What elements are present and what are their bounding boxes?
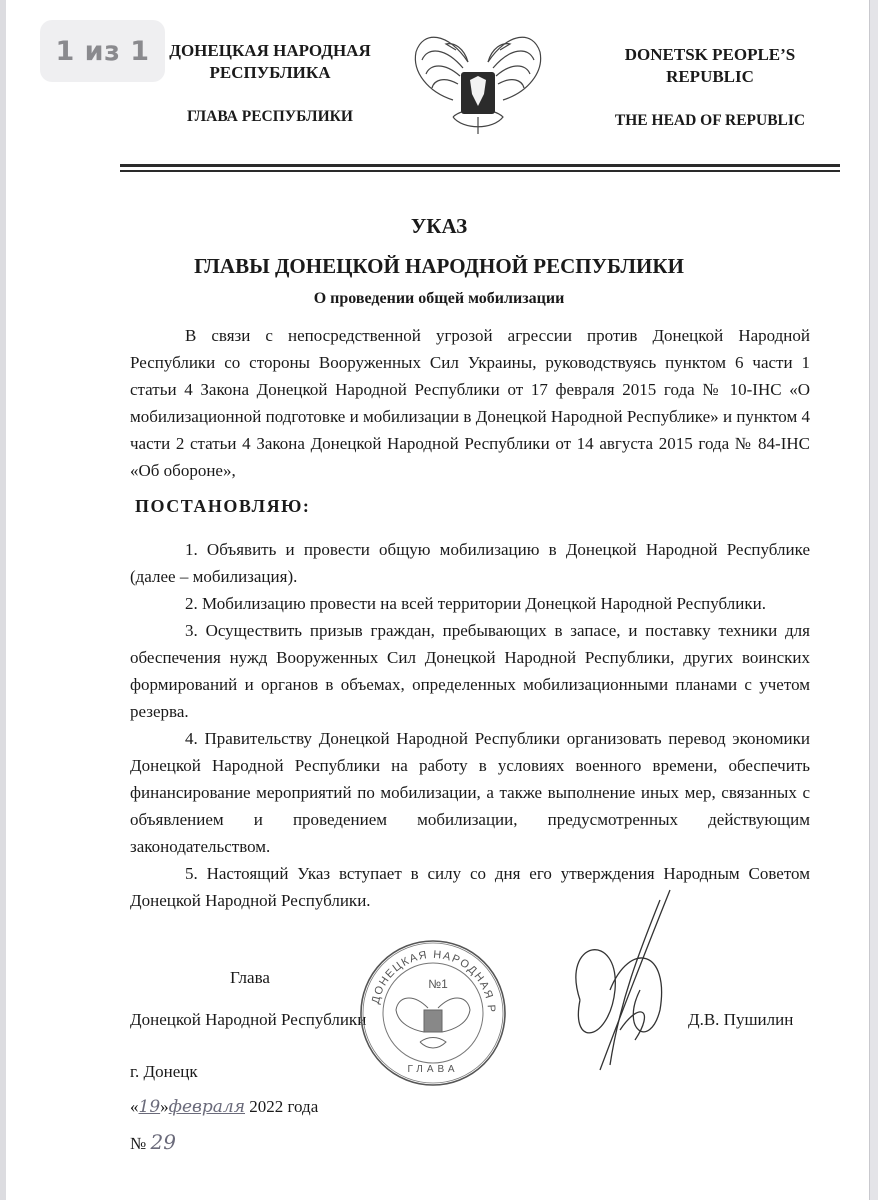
header-double-rule [120, 164, 840, 172]
date-day-handwritten: 19 [139, 1097, 161, 1117]
header-right-block: DONETSK PEOPLE’S REPUBLIC THE HEAD OF RE… [590, 44, 830, 132]
date-open-quote: « [130, 1097, 139, 1116]
decree-word: ПОСТАНОВЛЯЮ: [135, 496, 310, 517]
decree-item-3: 3. Осуществить призыв граждан, пребывающ… [130, 617, 810, 725]
signer-position-line2: Донецкой Народной Республики [130, 1010, 366, 1030]
preamble-section: В связи с непосредственной угрозой агрес… [130, 322, 810, 484]
header-left-title-line2: РЕСПУБЛИКА [140, 62, 400, 84]
svg-text:ДОНЕЦКАЯ НАРОДНАЯ РЕСПУБЛИКА: ДОНЕЦКАЯ НАРОДНАЯ РЕСПУБЛИКА [358, 938, 497, 1014]
city-line: г. Донецк [130, 1062, 198, 1082]
decree-number-line: № 29 [130, 1130, 176, 1154]
document-type-title: УКАЗ [0, 214, 878, 239]
header-right-title-line1: DONETSK PEOPLE’S [590, 44, 830, 66]
page-indicator-badge: 1 из 1 [40, 20, 165, 82]
decree-items-list: 1. Объявить и провести общую мобилизацию… [130, 536, 810, 914]
official-seal-stamp-icon: ДОНЕЦКАЯ НАРОДНАЯ РЕСПУБЛИКА ГЛАВА №1 [358, 938, 508, 1088]
header-left-subtitle: ГЛАВА РЕСПУБЛИКИ [140, 106, 400, 128]
document-issuer-title: ГЛАВЫ ДОНЕЦКОЙ НАРОДНОЙ РЕСПУБЛИКИ [0, 254, 878, 279]
number-value-handwritten: 29 [150, 1130, 175, 1154]
decree-item-1: 1. Объявить и провести общую мобилизацию… [130, 536, 810, 590]
document-subject-title: О проведении общей мобилизации [0, 290, 878, 308]
date-line: «19»февраля 2022 года [130, 1097, 318, 1117]
signer-position-line1: Глава [230, 968, 270, 988]
header-right-title-line2: REPUBLIC [590, 66, 830, 88]
double-headed-eagle-emblem-icon [408, 22, 548, 140]
stamp-bottom-text: ГЛАВА [407, 1064, 458, 1075]
number-label: № [130, 1134, 146, 1153]
decree-item-2: 2. Мобилизацию провести на всей территор… [130, 590, 810, 617]
viewer-scrollbar[interactable] [869, 0, 878, 1200]
decree-item-4: 4. Правительству Донецкой Народной Респу… [130, 725, 810, 860]
stamp-outer-text: ДОНЕЦКАЯ НАРОДНАЯ РЕСПУБЛИКА [358, 938, 497, 1014]
handwritten-signature-icon [560, 880, 710, 1080]
date-year: 2022 года [249, 1097, 318, 1116]
preamble-paragraph: В связи с непосредственной угрозой агрес… [130, 322, 810, 484]
date-close-quote: » [160, 1097, 169, 1116]
header-left-block: ДОНЕЦКАЯ НАРОДНАЯ РЕСПУБЛИКА ГЛАВА РЕСПУ… [140, 40, 400, 128]
viewer-left-edge [0, 0, 6, 1200]
stamp-number: №1 [428, 977, 448, 991]
header-right-subtitle: THE HEAD OF REPUBLIC [590, 110, 830, 132]
header-left-title-line1: ДОНЕЦКАЯ НАРОДНАЯ [140, 40, 400, 62]
date-month-handwritten: февраля [169, 1097, 245, 1117]
